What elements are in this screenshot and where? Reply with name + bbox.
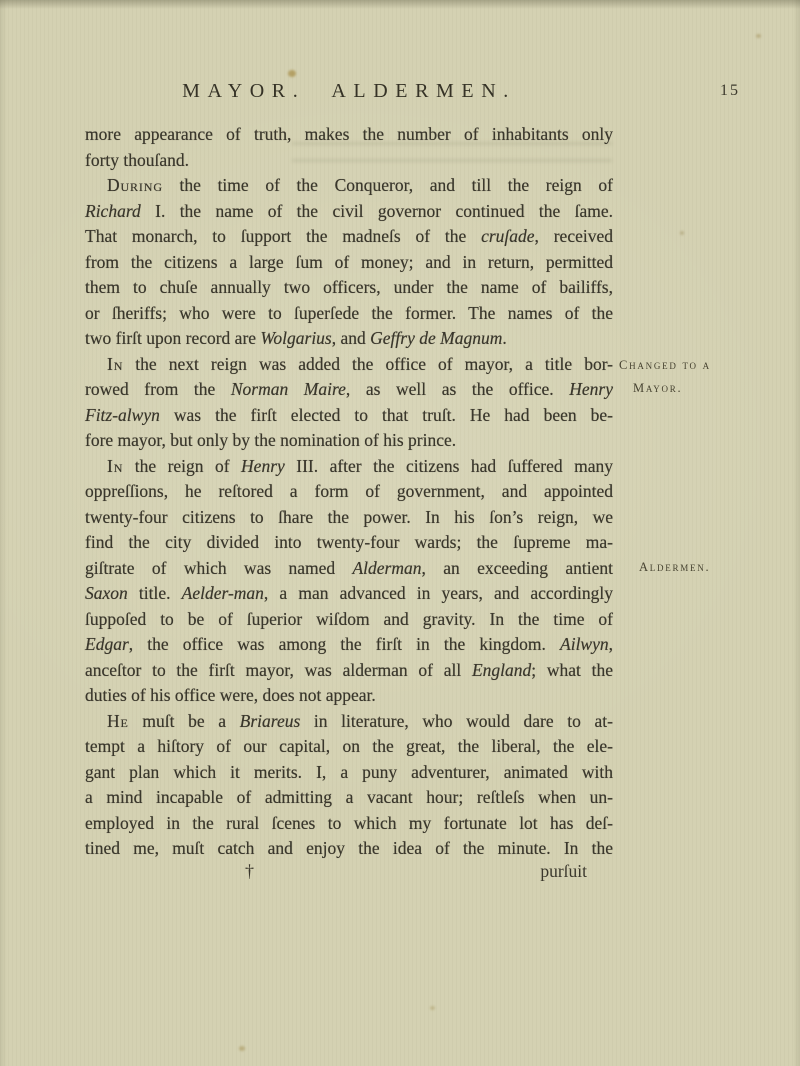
- running-head-aldermen: ALDERMEN.: [331, 80, 516, 102]
- body-line: from the citizens a large ſum of money; …: [85, 250, 613, 276]
- body-line: employed in the rural ſcenes to which my…: [85, 811, 613, 837]
- body-line: twenty-four citizens to ſhare the power.…: [85, 505, 613, 531]
- paper-stain: [288, 70, 296, 77]
- body-line: rowed from the Norman Maire, as well as …: [85, 377, 613, 403]
- body-line: fore mayor, but only by the nomination o…: [85, 428, 613, 454]
- body-line: tined me, muſt catch and enjoy the idea …: [85, 836, 613, 862]
- margin-note: Aldermen.: [619, 556, 800, 579]
- body-line: find the city divided into twenty-four w…: [85, 530, 613, 556]
- body-line: ſuppoſed to be of ſuperior wiſdom and gr…: [85, 607, 613, 633]
- catchword: purſuit: [540, 861, 587, 882]
- scanned-book-page: MAYOR.ALDERMEN. 15 more appearance of tr…: [0, 0, 800, 1066]
- page-number: 15: [720, 82, 770, 100]
- body-line: Fitz-alwyn was the firſt elected to that…: [85, 403, 613, 429]
- margin-note: Changed to aMayor.: [619, 354, 797, 400]
- paper-stain: [680, 231, 684, 235]
- running-head: MAYOR.ALDERMEN.: [85, 80, 613, 103]
- page-footer: † purſuit: [85, 861, 613, 887]
- body-line: During the time of the Conqueror, and ti…: [85, 173, 613, 199]
- body-line: In the next reign was added the office o…: [85, 352, 613, 378]
- body-line: or ſheriffs; who were to ſuperſede the f…: [85, 301, 613, 327]
- body-line: Edgar, the office was among the firſt in…: [85, 632, 613, 658]
- body-line: giſtrate of which was named Alderman, an…: [85, 556, 613, 582]
- body-line: anceſtor to the firſt mayor, was alderma…: [85, 658, 613, 684]
- body-line: them to chuſe annually two officers, und…: [85, 275, 613, 301]
- body-line: He muſt be a Briareus in literature, who…: [85, 709, 613, 735]
- body-line: a mind incapable of admitting a vacant h…: [85, 785, 613, 811]
- body-line: duties of his office were, does not appe…: [85, 683, 613, 709]
- body-line: That monarch, to ſupport the madneſs of …: [85, 224, 613, 250]
- body-line: forty thouſand.: [85, 148, 613, 174]
- body-line: oppreſſions, he reſtored a form of gover…: [85, 479, 613, 505]
- body-line: tempt a hiſtory of our capital, on the g…: [85, 734, 613, 760]
- paper-stain: [756, 34, 761, 38]
- body-line: Saxon title. Aelder-man, a man advanced …: [85, 581, 613, 607]
- body-line: Richard I. the name of the civil governo…: [85, 199, 613, 225]
- body-line: more appearance of truth, makes the numb…: [85, 122, 613, 148]
- body-line: In the reign of Henry III. after the cit…: [85, 454, 613, 480]
- paper-stain: [239, 1046, 245, 1051]
- running-head-mayor: MAYOR.: [182, 80, 305, 102]
- body-text: more appearance of truth, makes the numb…: [85, 122, 613, 862]
- signature-mark: †: [245, 861, 254, 882]
- body-line: gant plan which it merits. I, a puny adv…: [85, 760, 613, 786]
- body-line: two firſt upon record are Wolgarius, and…: [85, 326, 613, 352]
- paper-stain: [430, 1006, 435, 1010]
